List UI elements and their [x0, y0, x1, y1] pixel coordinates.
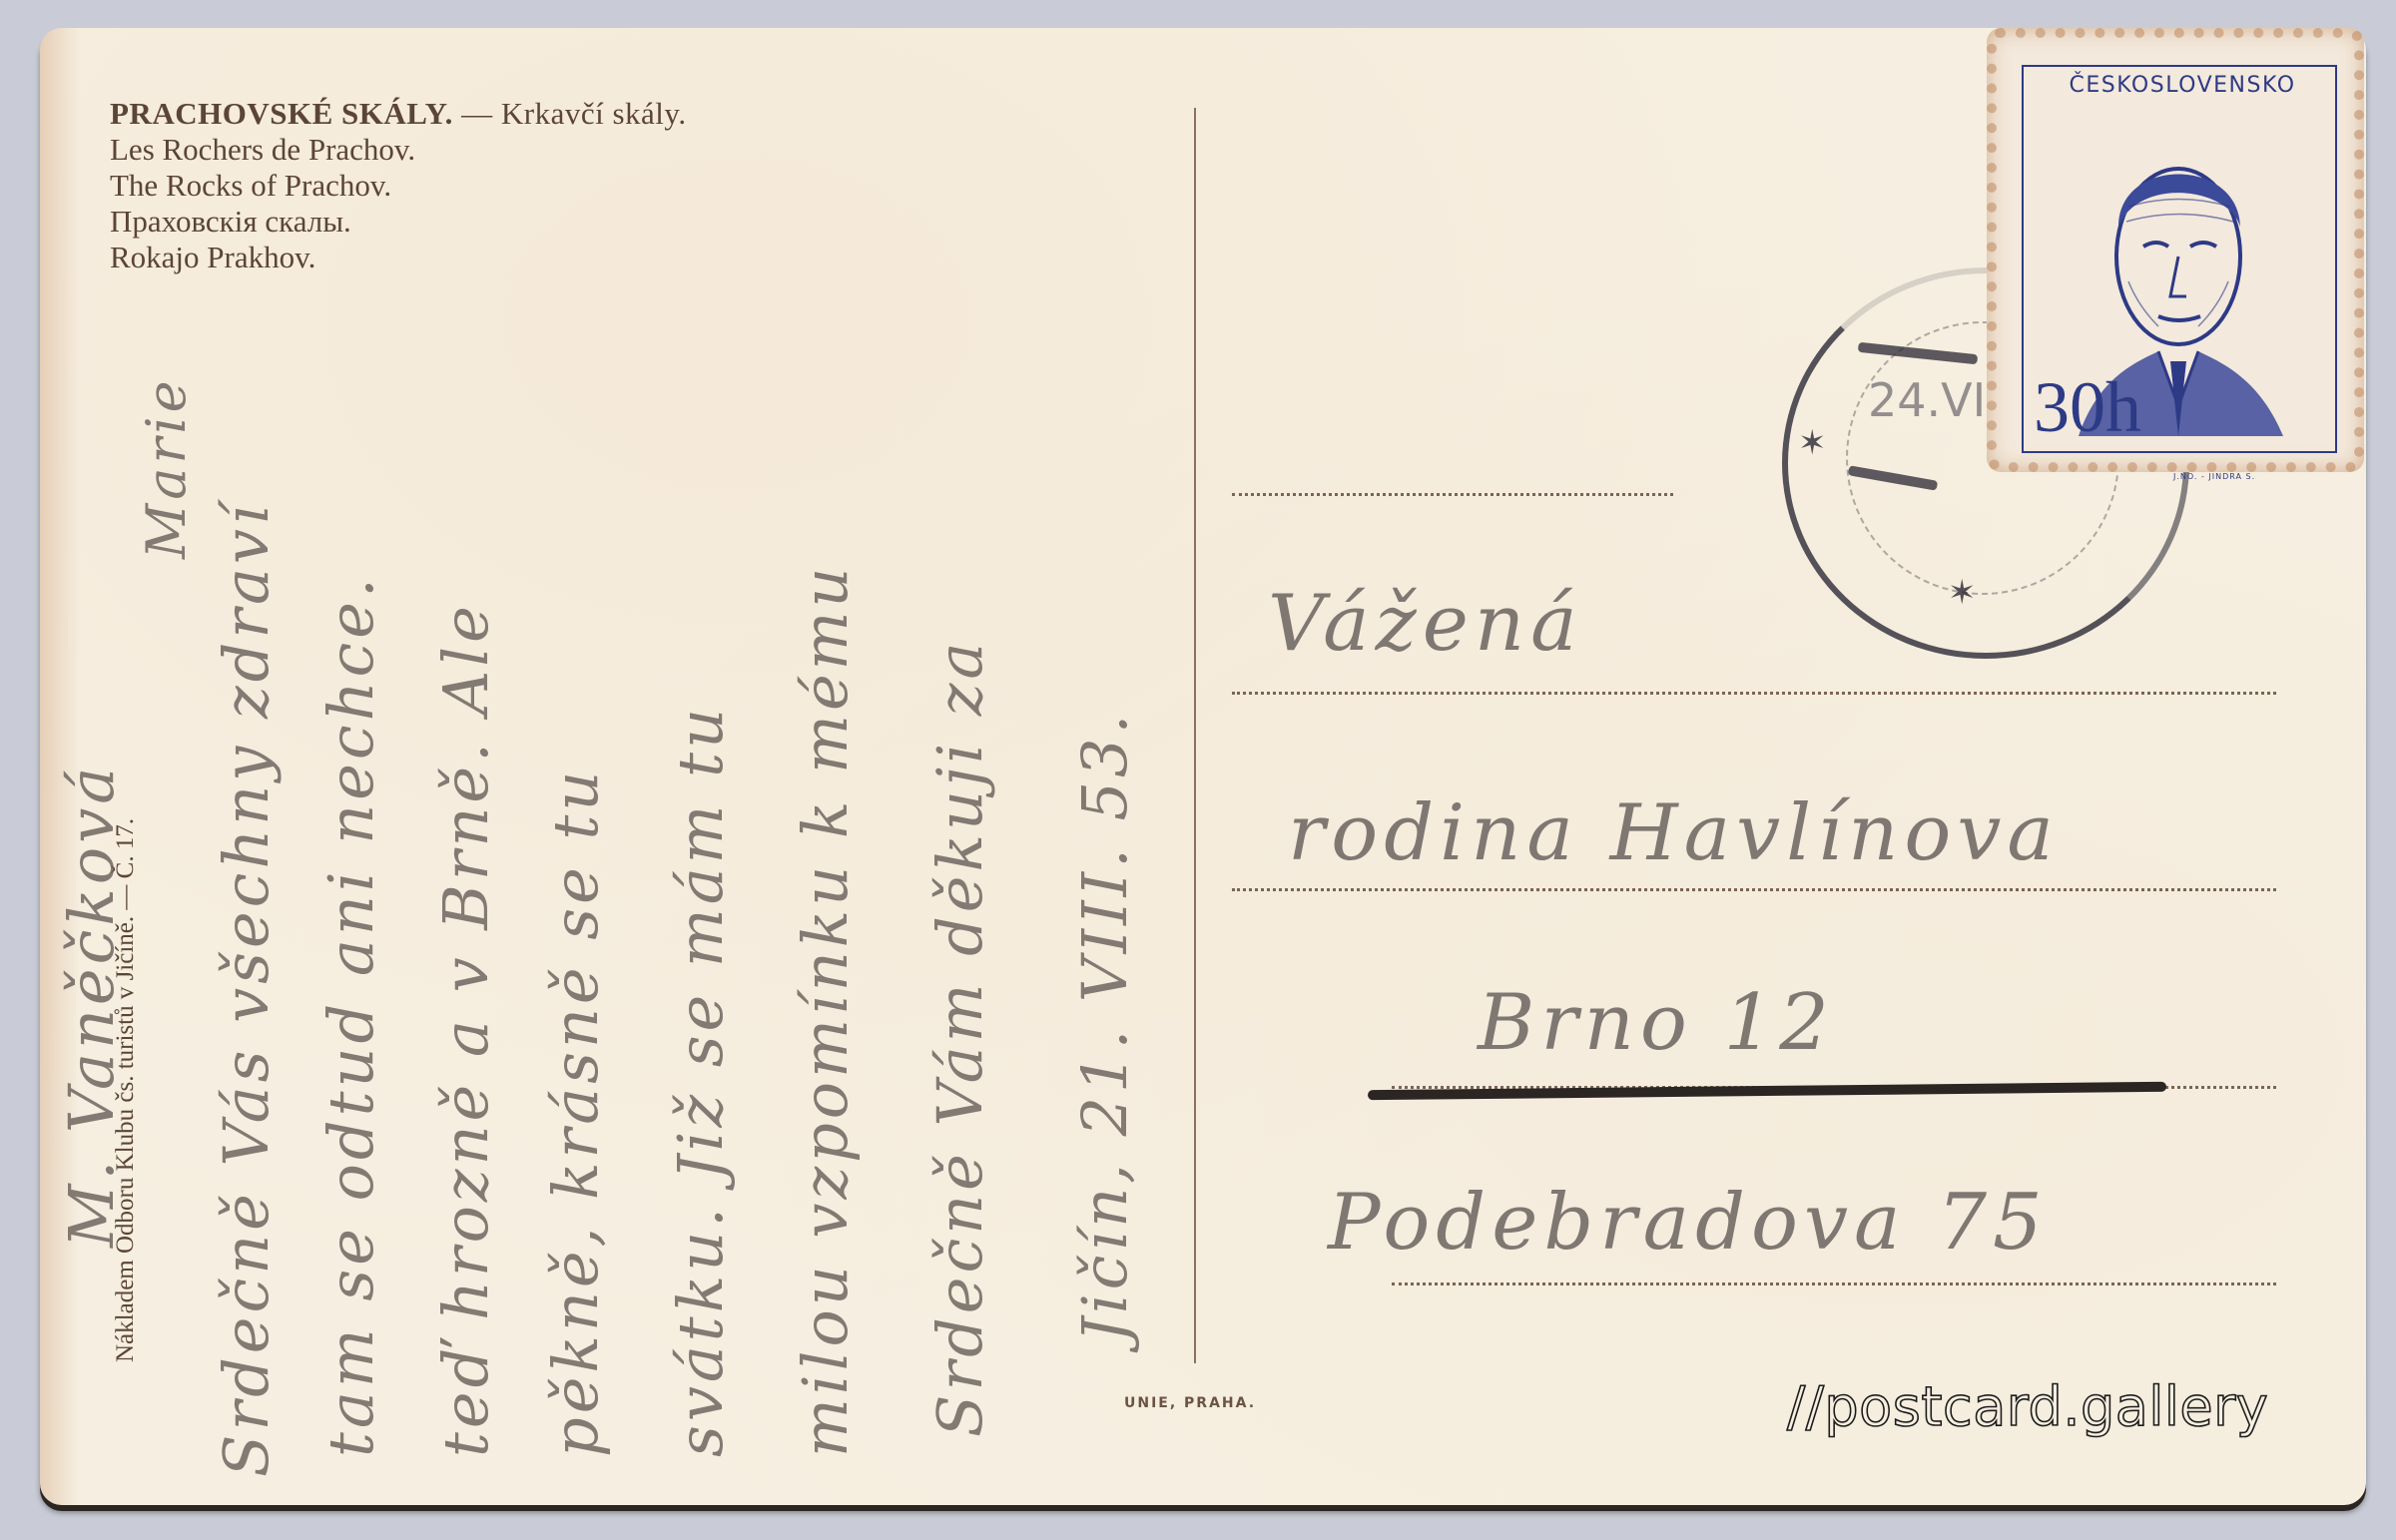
- caption-line-esperanto: Rokajo Prakhov.: [110, 240, 687, 275]
- printer-credit: UNIE, PRAHA.: [1124, 1395, 1256, 1411]
- address-salutation: Vážená: [1268, 579, 1583, 669]
- address-recipient: rodina Havlínova: [1288, 788, 2060, 878]
- message-column: teď hrozně a v Brně. Ale: [429, 602, 502, 1457]
- printed-caption: PRACHOVSKÉ SKÁLY. — Krkavčí skály. Les R…: [110, 96, 687, 275]
- stamp-engraver: J.NO. - JINDRA S.: [2173, 472, 2255, 481]
- postmark-star-icon: ✶: [1948, 573, 1977, 613]
- stamp-frame: ČESKOSLOVENSKO 30h J.NO. - JINDRA S.: [2022, 65, 2337, 453]
- message-column: svátku. Již se mám tu: [664, 705, 737, 1457]
- caption-line-french: Les Rochers de Prachov.: [110, 132, 687, 168]
- watermark-logo: //postcard.gallery: [1787, 1375, 2268, 1438]
- message-column: Srdečně Vás všechny zdraví: [210, 501, 283, 1477]
- caption-title-line: PRACHOVSKÉ SKÁLY. — Krkavčí skály.: [110, 96, 687, 132]
- address-city: Brno 12: [1478, 978, 1835, 1068]
- stamp-value: 30h: [2034, 366, 2141, 449]
- stamp-country: ČESKOSLOVENSKO: [2038, 73, 2327, 98]
- message-column: Srdečně Vám děkuji za: [923, 639, 996, 1437]
- caption-line-english: The Rocks of Prachov.: [110, 168, 687, 204]
- message-column: tam se odtud ani nechce.: [314, 574, 387, 1457]
- address-line: [1392, 1283, 2276, 1285]
- center-divider: [1194, 108, 1196, 1363]
- message-column: pěkně, krásně se tu: [539, 768, 612, 1457]
- address-street: Podebradova 75: [1328, 1178, 2049, 1268]
- address-line: [1232, 888, 2276, 891]
- postmark-star-icon: ✶: [1798, 423, 1827, 463]
- message-signature: M. Vaněčková: [55, 764, 128, 1248]
- caption-line-russian: Праховскія скалы.: [110, 204, 687, 240]
- address-line-short: [1232, 493, 1673, 496]
- caption-subtitle: — Krkavčí skály.: [461, 96, 687, 131]
- address-line: [1232, 692, 2276, 695]
- message-column: milou vzpomínku k mému: [789, 564, 862, 1457]
- postage-stamp: ČESKOSLOVENSKO 30h J.NO. - JINDRA S.: [1987, 28, 2364, 472]
- caption-title: PRACHOVSKÉ SKÁLY.: [110, 96, 453, 131]
- message-date-line: Jičín, 21. VIII. 53.: [1068, 711, 1141, 1342]
- message-column: Marie: [135, 376, 198, 559]
